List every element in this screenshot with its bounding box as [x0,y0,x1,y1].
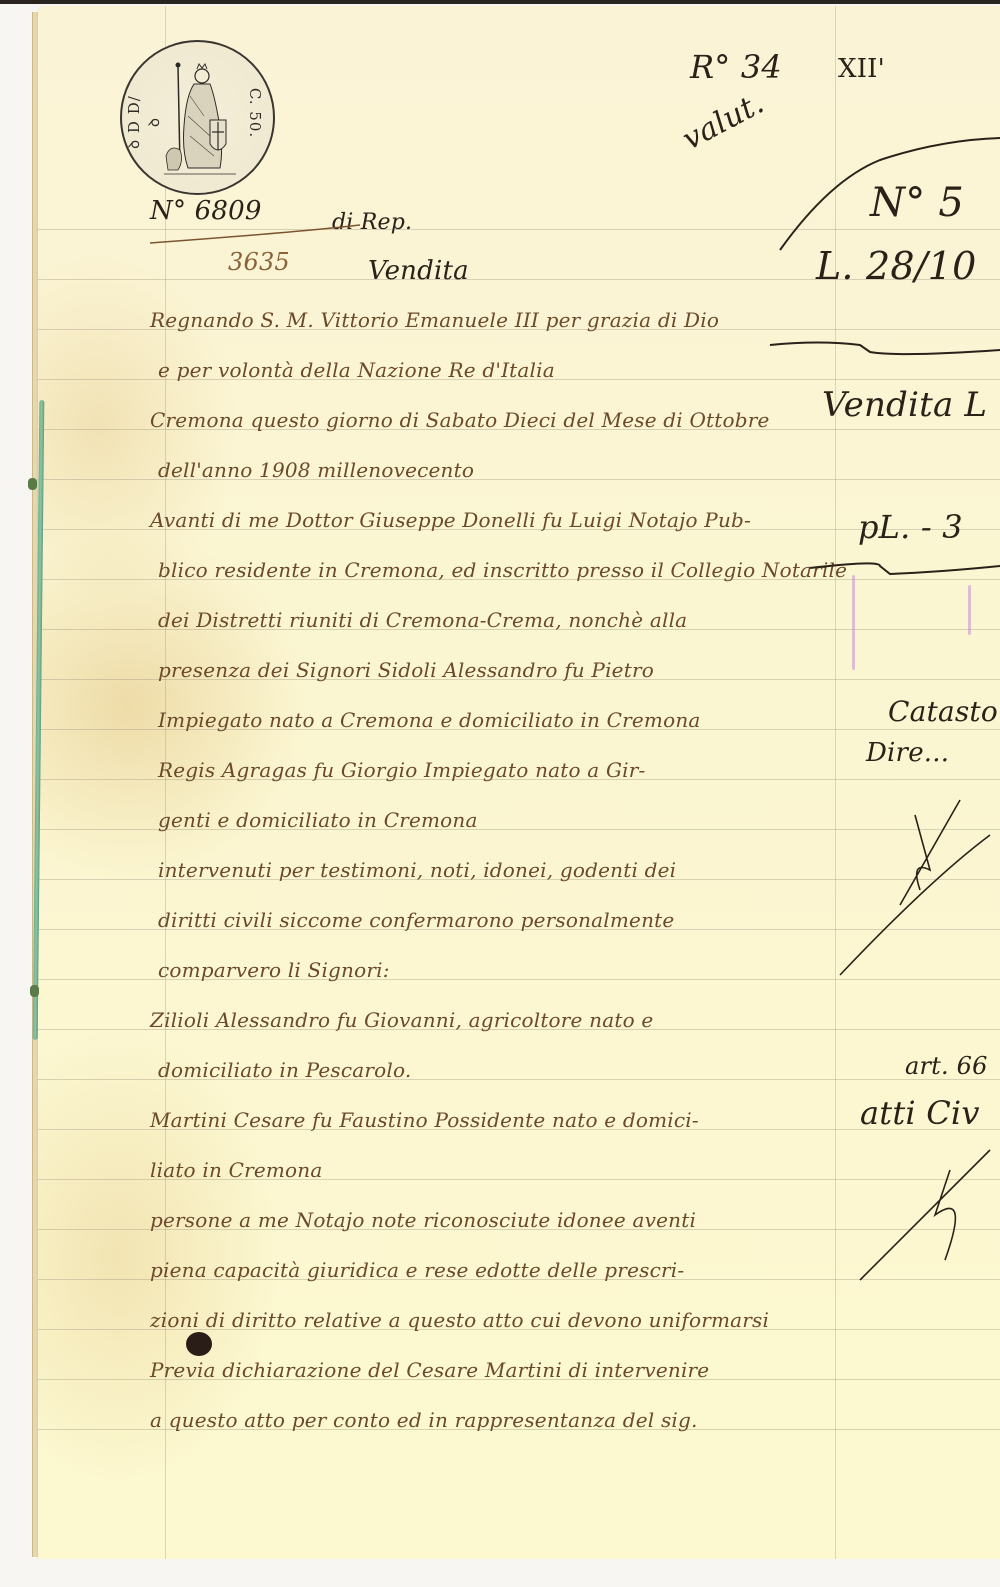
body-line: presenza dei Signori Sidoli Alessandro f… [158,658,654,682]
sub-number: 3635 [228,248,290,276]
body-line: Zilioli Alessandro fu Giovanni, agricolt… [150,1008,653,1032]
margin-vendita: Vendita L [822,385,987,425]
body-line: dei Distretti riuniti di Cremona-Crema, … [158,608,687,632]
register-suffix: di Rep. [332,210,412,235]
italia-turrita-figure-icon [164,56,236,181]
body-line: liato in Cremona [150,1158,323,1182]
margin-number: N° 5 [870,180,964,226]
body-line: Regnando S. M. Vittorio Emanuele III per… [150,308,719,332]
purple-pencil-mark [968,585,971,635]
register-number: N° 6809 [150,196,262,226]
scan-top-edge [0,0,1000,4]
purple-pencil-mark [852,575,855,670]
body-line: blico residente in Cremona, ed inscritto… [158,558,847,582]
ruled-line [38,229,1000,230]
body-line: Martini Cesare fu Faustino Possidente na… [150,1108,699,1132]
revenue-stamp: ꝺ D D/ꝺ C. 50. [120,40,275,195]
roman-numeral: XII' [838,54,885,84]
body-line: Impiegato nato a Cremona e domiciliato i… [158,708,701,732]
margin-art: art. 66 [905,1052,988,1080]
body-line: diritti civili siccome confermarono pers… [158,908,674,932]
thread-knot [28,478,37,490]
body-line: domiciliato in Pescarolo. [158,1058,411,1082]
corner-note-number: R° 34 [690,48,782,86]
body-line: comparvero li Signori: [158,958,390,982]
body-line: zioni di diritto relative a questo atto … [150,1308,769,1332]
body-line: intervenuti per testimoni, noti, idonei,… [158,858,676,882]
margin-amount: L. 28/10 [816,244,977,288]
margin-pl: pL. - 3 [858,508,963,546]
document-title: Vendita [368,256,469,286]
body-line: piena capacità giuridica e rese edotte d… [150,1258,684,1282]
stamp-left-text: ꝺ D D/ꝺ [124,92,164,152]
body-line: genti e domiciliato in Cremona [158,808,478,832]
right-margin-line [835,6,836,1559]
body-line: dell'anno 1908 millenovecento [158,458,474,482]
thread-knot [30,985,39,997]
body-line: persone a me Notajo note riconosciute id… [150,1208,696,1232]
body-line: Regis Agragas fu Giorgio Impiegato nato … [158,758,645,782]
body-line: Cremona questo giorno di Sabato Dieci de… [150,408,770,432]
margin-atti: atti Civ [860,1094,980,1132]
body-line: a questo atto per conto ed in rappresent… [150,1408,698,1432]
ink-blot [186,1332,212,1356]
margin-second-line: Dire... [866,738,949,768]
body-line: Previa dichiarazione del Cesare Martini … [150,1358,709,1382]
body-line: e per volontà della Nazione Re d'Italia [158,358,555,382]
body-line: Avanti di me Dottor Giuseppe Donelli fu … [150,508,751,532]
scan-bottom-margin [0,1559,1000,1587]
stamp-value-text: C. 50. [246,83,264,143]
margin-catasto: Catasto [888,695,998,728]
